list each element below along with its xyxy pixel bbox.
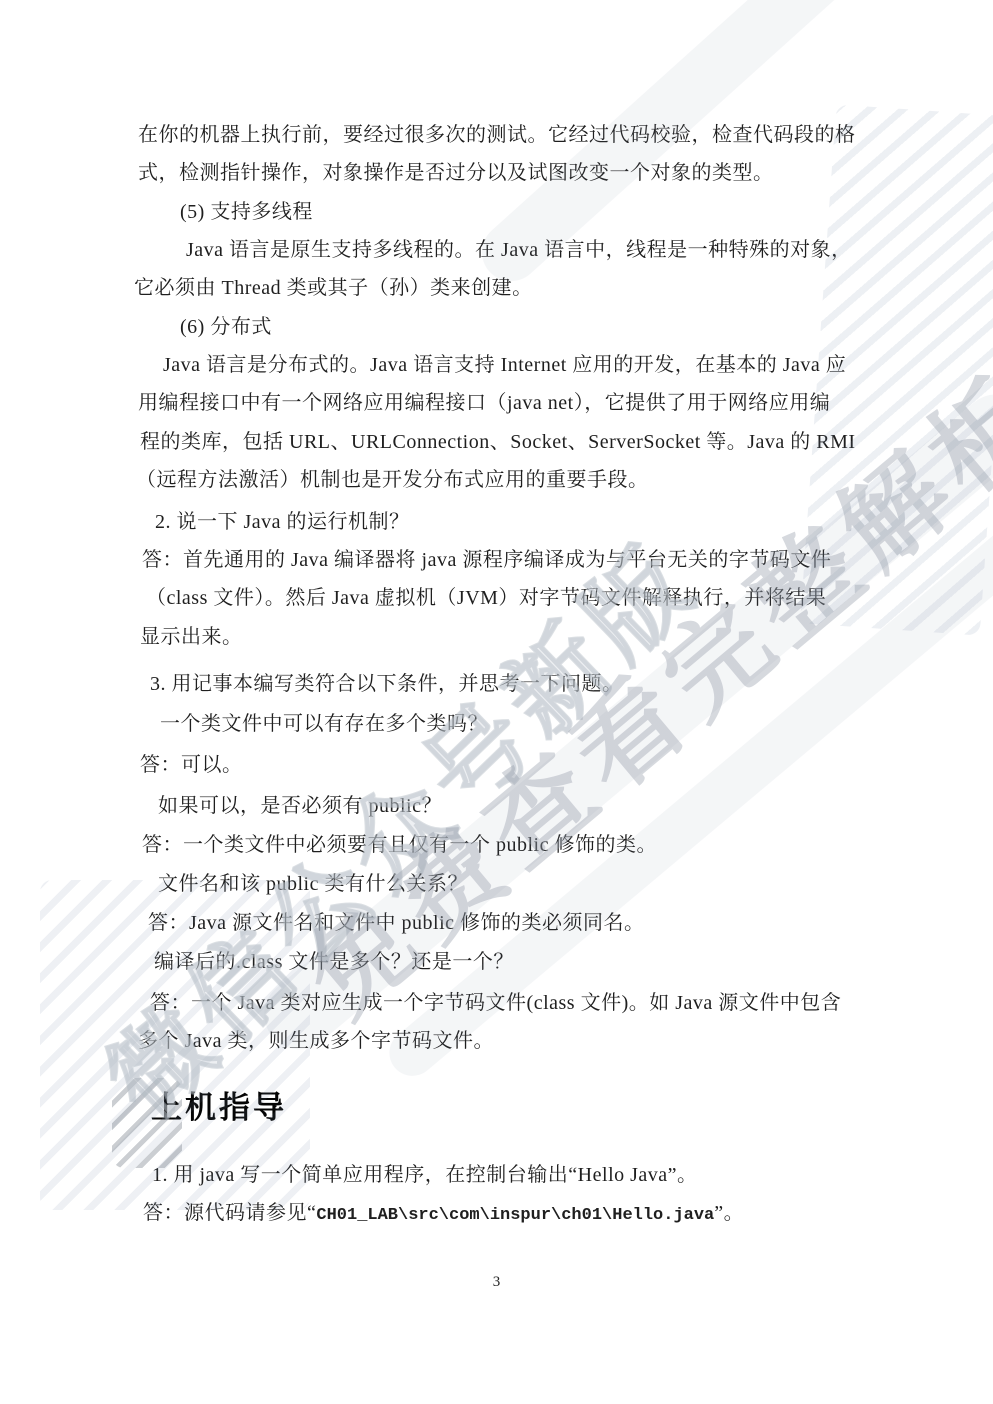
text-run: 答：源代码请参见“ — [143, 1202, 316, 1224]
text-line: 如果可以，是否必须有 public？ — [158, 794, 442, 818]
text-line: 1. 用 java 写一个简单应用程序，在控制台输出“Hello Java”。 — [152, 1163, 698, 1187]
source-path-text: CH01_LAB\src\com\inspur\ch01\Hello.java — [316, 1206, 714, 1225]
text-line: 答：一个类文件中必须要有且仅有一个 public 修饰的类。 — [142, 833, 657, 857]
text-line: （class 文件）。然后 Java 虚拟机（JVM）对字节码文件解释执行，并将… — [146, 586, 826, 610]
text-line: 一个类文件中可以有存在多个类吗？ — [160, 712, 488, 736]
text-line: 它必须由 Thread 类或其子（孙）类来创建。 — [134, 276, 533, 300]
text-line: 答：一个 Java 类对应生成一个字节码文件(class 文件)。如 Java … — [150, 991, 841, 1015]
text-line: 用编程接口中有一个网络应用编程接口（java net），它提供了用于网络应用编 — [138, 391, 830, 415]
text-line: 程的类库，包括 URL、URLConnection、Socket、ServerS… — [140, 430, 856, 454]
document-page: 在你的机器上执行前，要经过很多次的测试。它经过代码校验，检查代码段的格式，检测指… — [0, 0, 993, 1404]
text-line: 显示出来。 — [140, 625, 243, 649]
text-line: 编译后的.class 文件是多个？还是一个？ — [154, 950, 514, 974]
text-line: 答：源代码请参见“CH01_LAB\src\com\inspur\ch01\He… — [143, 1201, 744, 1226]
text-line: 答：可以。 — [140, 753, 243, 777]
text-run: ”。 — [714, 1202, 744, 1224]
watermark-diagonal-band — [380, 420, 993, 1085]
page-number: 3 — [0, 1274, 993, 1291]
text-line: 3. 用记事本编写类符合以下条件，并思考一下问题。 — [150, 672, 623, 696]
text-line: 答：Java 源文件名和文件中 public 修饰的类必须同名。 — [148, 911, 645, 935]
text-line: 答：首先通用的 Java 编译器将 java 源程序编译成为与平台无关的字节码文… — [142, 548, 831, 572]
text-line: 在你的机器上执行前，要经过很多次的测试。它经过代码校验，检查代码段的格 — [138, 123, 856, 147]
text-line: 式，检测指针操作，对象操作是否过分以及试图改变一个对象的类型。 — [138, 161, 774, 185]
section-heading: 上机指导 — [151, 1082, 287, 1127]
text-line: （远程方法激活）机制也是开发分布式应用的重要手段。 — [136, 468, 649, 492]
text-line: Java 语言是原生支持多线程的。在 Java 语言中，线程是一种特殊的对象， — [186, 238, 852, 262]
text-line: 文件名和该 public 类有什么关系？ — [158, 872, 468, 896]
text-line: 2. 说一下 Java 的运行机制？ — [155, 510, 410, 534]
text-line: Java 语言是分布式的。Java 语言支持 Internet 应用的开发，在基… — [163, 353, 846, 377]
watermark-layer: 微信公众号新版 免费查看完整解析 — [0, 0, 993, 1404]
text-line: (6) 分布式 — [180, 315, 272, 339]
text-line: 多个 Java 类，则生成多个字节码文件。 — [138, 1029, 494, 1053]
text-line: (5) 支持多线程 — [180, 200, 313, 224]
